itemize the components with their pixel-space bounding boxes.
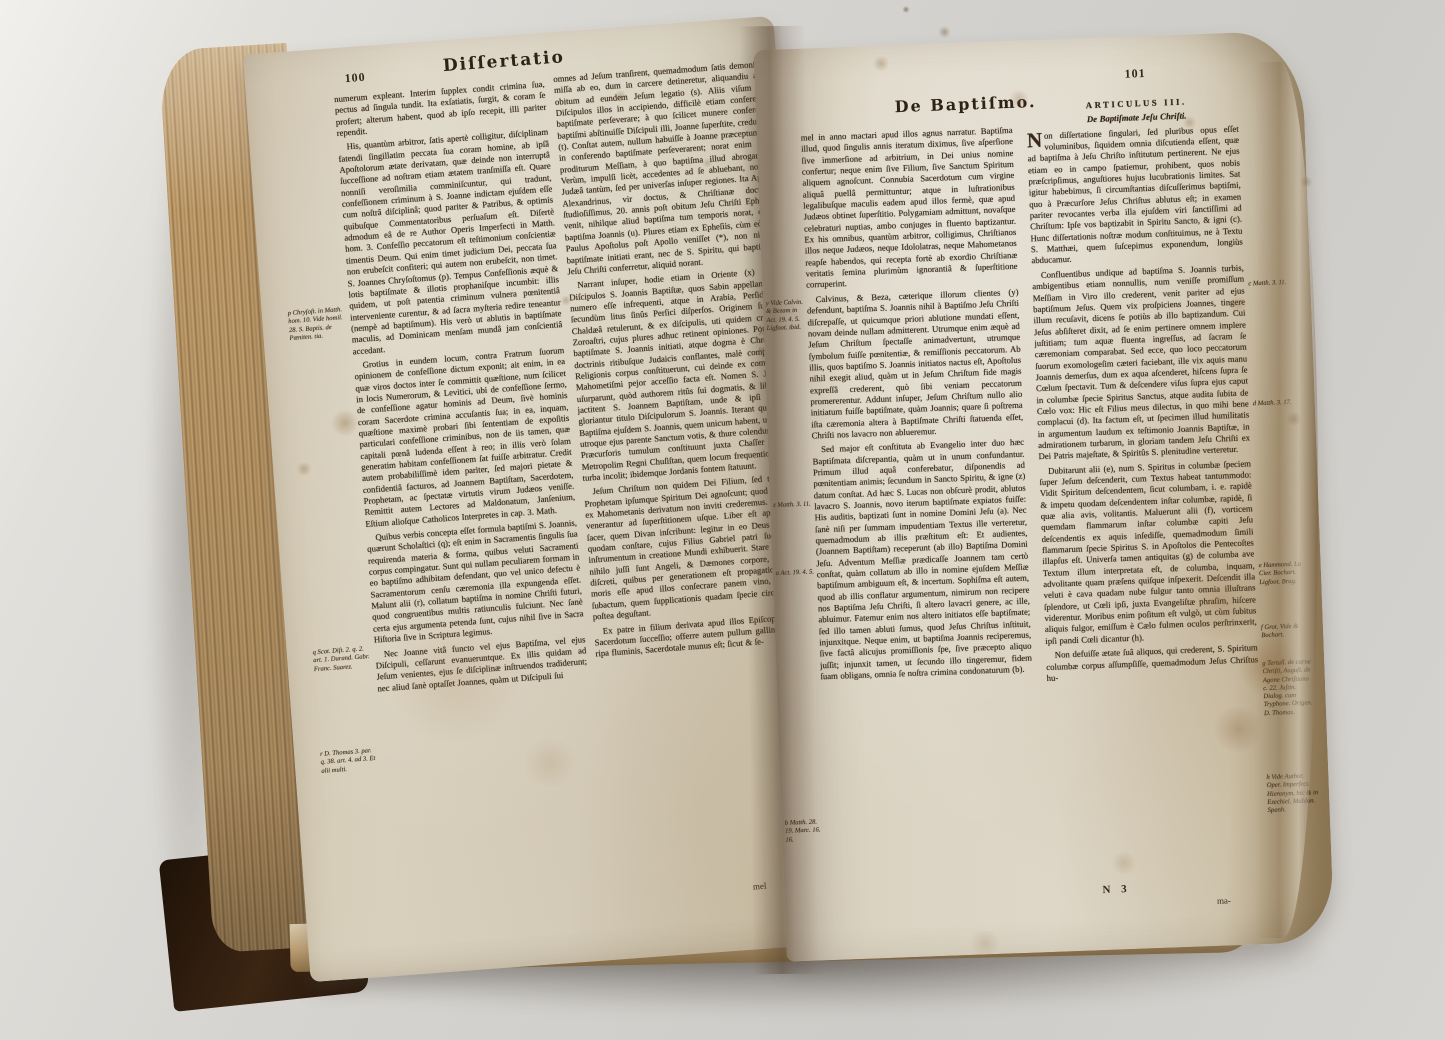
paragraph: Quibus verbis concepta eſſet formula bap… <box>366 518 585 647</box>
paragraph: Sed major eſt conſtituta ab Evangelio in… <box>812 437 1033 683</box>
catchword: mel <box>753 881 767 892</box>
left-page: 100 Diſſertatio numerum expleant. Interi… <box>243 16 842 982</box>
margin-note: f Grot. Vide & Bochart. <box>1261 622 1314 640</box>
catchword: ma- <box>1217 895 1231 906</box>
antique-book-photo: 100 Diſſertatio numerum expleant. Interi… <box>0 0 1445 1040</box>
paragraph: His, quantùm arbitror, ſatis apertè coll… <box>337 127 563 357</box>
margin-note: r D. Thomas 3. par. q. 38. art. 4. ad 3.… <box>320 747 380 776</box>
margin-note: d Matth. 3. 17. <box>1253 398 1305 408</box>
margin-note: a Act. 19. 4. 5. <box>776 568 816 578</box>
paragraph: Non defuiſſe ætate ſuâ aliquos, qui cred… <box>1046 642 1259 684</box>
margin-note: c Matth. 3. 11. <box>1248 278 1300 288</box>
margin-note: p Chryſoſt. in Matth. hom. 10. Vide homi… <box>287 306 347 343</box>
signature-mark: N 3 <box>1102 883 1131 896</box>
margin-note: h Vide Author. Oper. Imperfect. Hieronym… <box>1266 772 1319 815</box>
paragraph: Confluentibus undique ad baptiſma S. Joa… <box>1032 262 1251 462</box>
paragraph: Grotius in eundem locum, contra Fratrum … <box>353 345 576 530</box>
paragraph: Calvinus, & Beza, cæterique illorum clie… <box>806 287 1023 442</box>
margin-note: b Matth. 28. 19. Marc. 16. 16. <box>785 818 826 844</box>
margin-note: q Scot. Diſt. 2. q. 2. art. 1. Durand. G… <box>312 645 372 674</box>
paragraph: mel in anno mactari apud illos agnus nar… <box>801 125 1019 291</box>
page-number-right: 101 <box>1124 66 1146 82</box>
right-page: 101 De Baptiſmo. mel in anno mactari apu… <box>753 30 1334 961</box>
margin-note: g Tertull. de carne Chriſti, Auguſt. de … <box>1262 658 1316 718</box>
paragraph: Dubitarunt alii (e), num S. Spiritus in … <box>1039 458 1258 647</box>
paragraph: omnes ad Jeſum tranſirent, quemadmodum ſ… <box>553 58 781 277</box>
paragraph: Non diſſertatione ſingulari, ſed pluribu… <box>1027 123 1244 267</box>
margin-note: e Hammond. La Cier. Bochart. Ligfoot. Br… <box>1259 560 1312 587</box>
right-page-column-2: ARTICULUS III. De Baptiſmate Jeſu Chriſt… <box>1026 95 1267 904</box>
right-page-column-1: mel in anno mactari apud illos agnus nar… <box>801 125 1042 922</box>
margin-note: y Vide Calvin. & Bezam in Act. 19. 4. 5.… <box>766 299 807 334</box>
margin-note: z Matth. 3. 11. <box>773 500 813 510</box>
